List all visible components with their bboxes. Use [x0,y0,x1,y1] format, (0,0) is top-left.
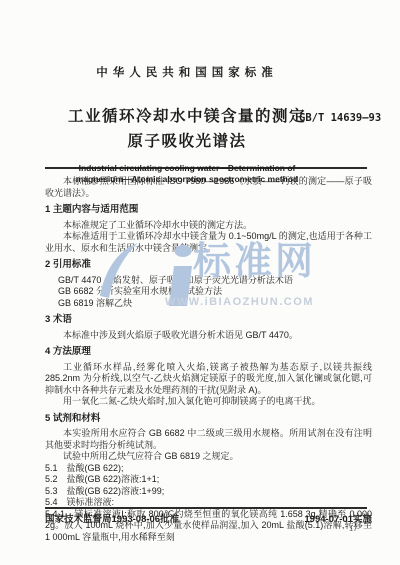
national-standard-header: 中华人民共和国国家标准 [22,0,352,80]
section2-heading: 2 引用标准 [45,259,372,271]
reference-item: GB 6819 溶解乙炔 [45,298,372,310]
section1-heading: 1 主题内容与适用范围 [45,204,372,216]
clause-5-2: 5.2盐酸(GB 622)溶液:1+1; [45,474,372,486]
approval-authority-date: 国家技术监督局1993-08-06批准 [45,511,179,525]
clause-number: 5.1 [45,463,58,473]
reference-item: GB 6682 分析实验室用水规格和试验方法 [45,286,372,298]
english-title-line1: Industrial circulating cooling water—Det… [22,163,352,174]
clause-number: 5.3 [45,486,58,496]
section1-paragraph2: 本标准适用于工业循环冷却水中镁含量为 0.1~50mg/L 的测定,也适用于各种… [45,231,372,254]
clause-text: 镁标准溶液: [67,497,115,507]
section4-paragraph2: 用一氧化二氮-乙炔火焰时,加入氯化铯可抑制镁离子的电离干扰。 [45,396,372,408]
section4-heading: 4 方法原理 [45,346,372,358]
reference-item: GB/T 4470 火焰发射、原子吸收和原子荧光光谱分析法术语 [45,275,372,287]
document-body: 本标准参照采用国际标准 ISO 7980—1986《水质——钙镁的测定——原子吸… [45,176,372,543]
english-title-line2: magnesium—Atomic absorption spectrometri… [22,174,352,185]
clause-5-1: 5.1盐酸(GB 622); [45,463,372,475]
section3-heading: 3 术语 [45,314,372,326]
section1-paragraph1: 本标准规定了工业循环冷却水中镁的测定方法。 [45,220,372,232]
clause-number: 5.4 [45,497,58,507]
clause-text: 盐酸(GB 622)溶液:1+1; [67,474,160,484]
footer-divider [45,507,367,509]
page-number: 17 [349,524,357,533]
clause-number: 5.2 [45,474,58,484]
section4-paragraph1: 工业循环水样品,经雾化喷入火焰,镁离子被热解为基态原子,以镁共振线 285.2n… [45,362,372,397]
clause-5-3: 5.3盐酸(GB 622)溶液:1+99; [45,486,372,498]
section3-paragraph1: 本标准中涉及到火焰原子吸收光谱分析术语见 GB/T 4470。 [45,330,372,342]
clause-text: 盐酸(GB 622); [67,463,124,473]
implementation-date: 1994-07-01实施 [304,511,372,525]
section5-paragraph2: 试验中所用乙炔气应符合 GB 6819 之规定。 [45,451,372,463]
section5-paragraph1: 本实验所用水应符合 GB 6682 中二级或三级用水规格。所用试剂在没有注明其他… [45,428,372,451]
document-title-line2: 原子吸收光谱法 [22,129,352,151]
section5-heading: 5 试剂和材料 [45,413,372,425]
standard-code: GB/T 14639—93 [299,112,381,124]
standard-document-page: 标准网 WWW.iBIAOZHUN.COM 中华人民共和国国家标准 工业循环冷却… [0,0,400,565]
clause-text: 盐酸(GB 622)溶液:1+99; [67,486,165,496]
